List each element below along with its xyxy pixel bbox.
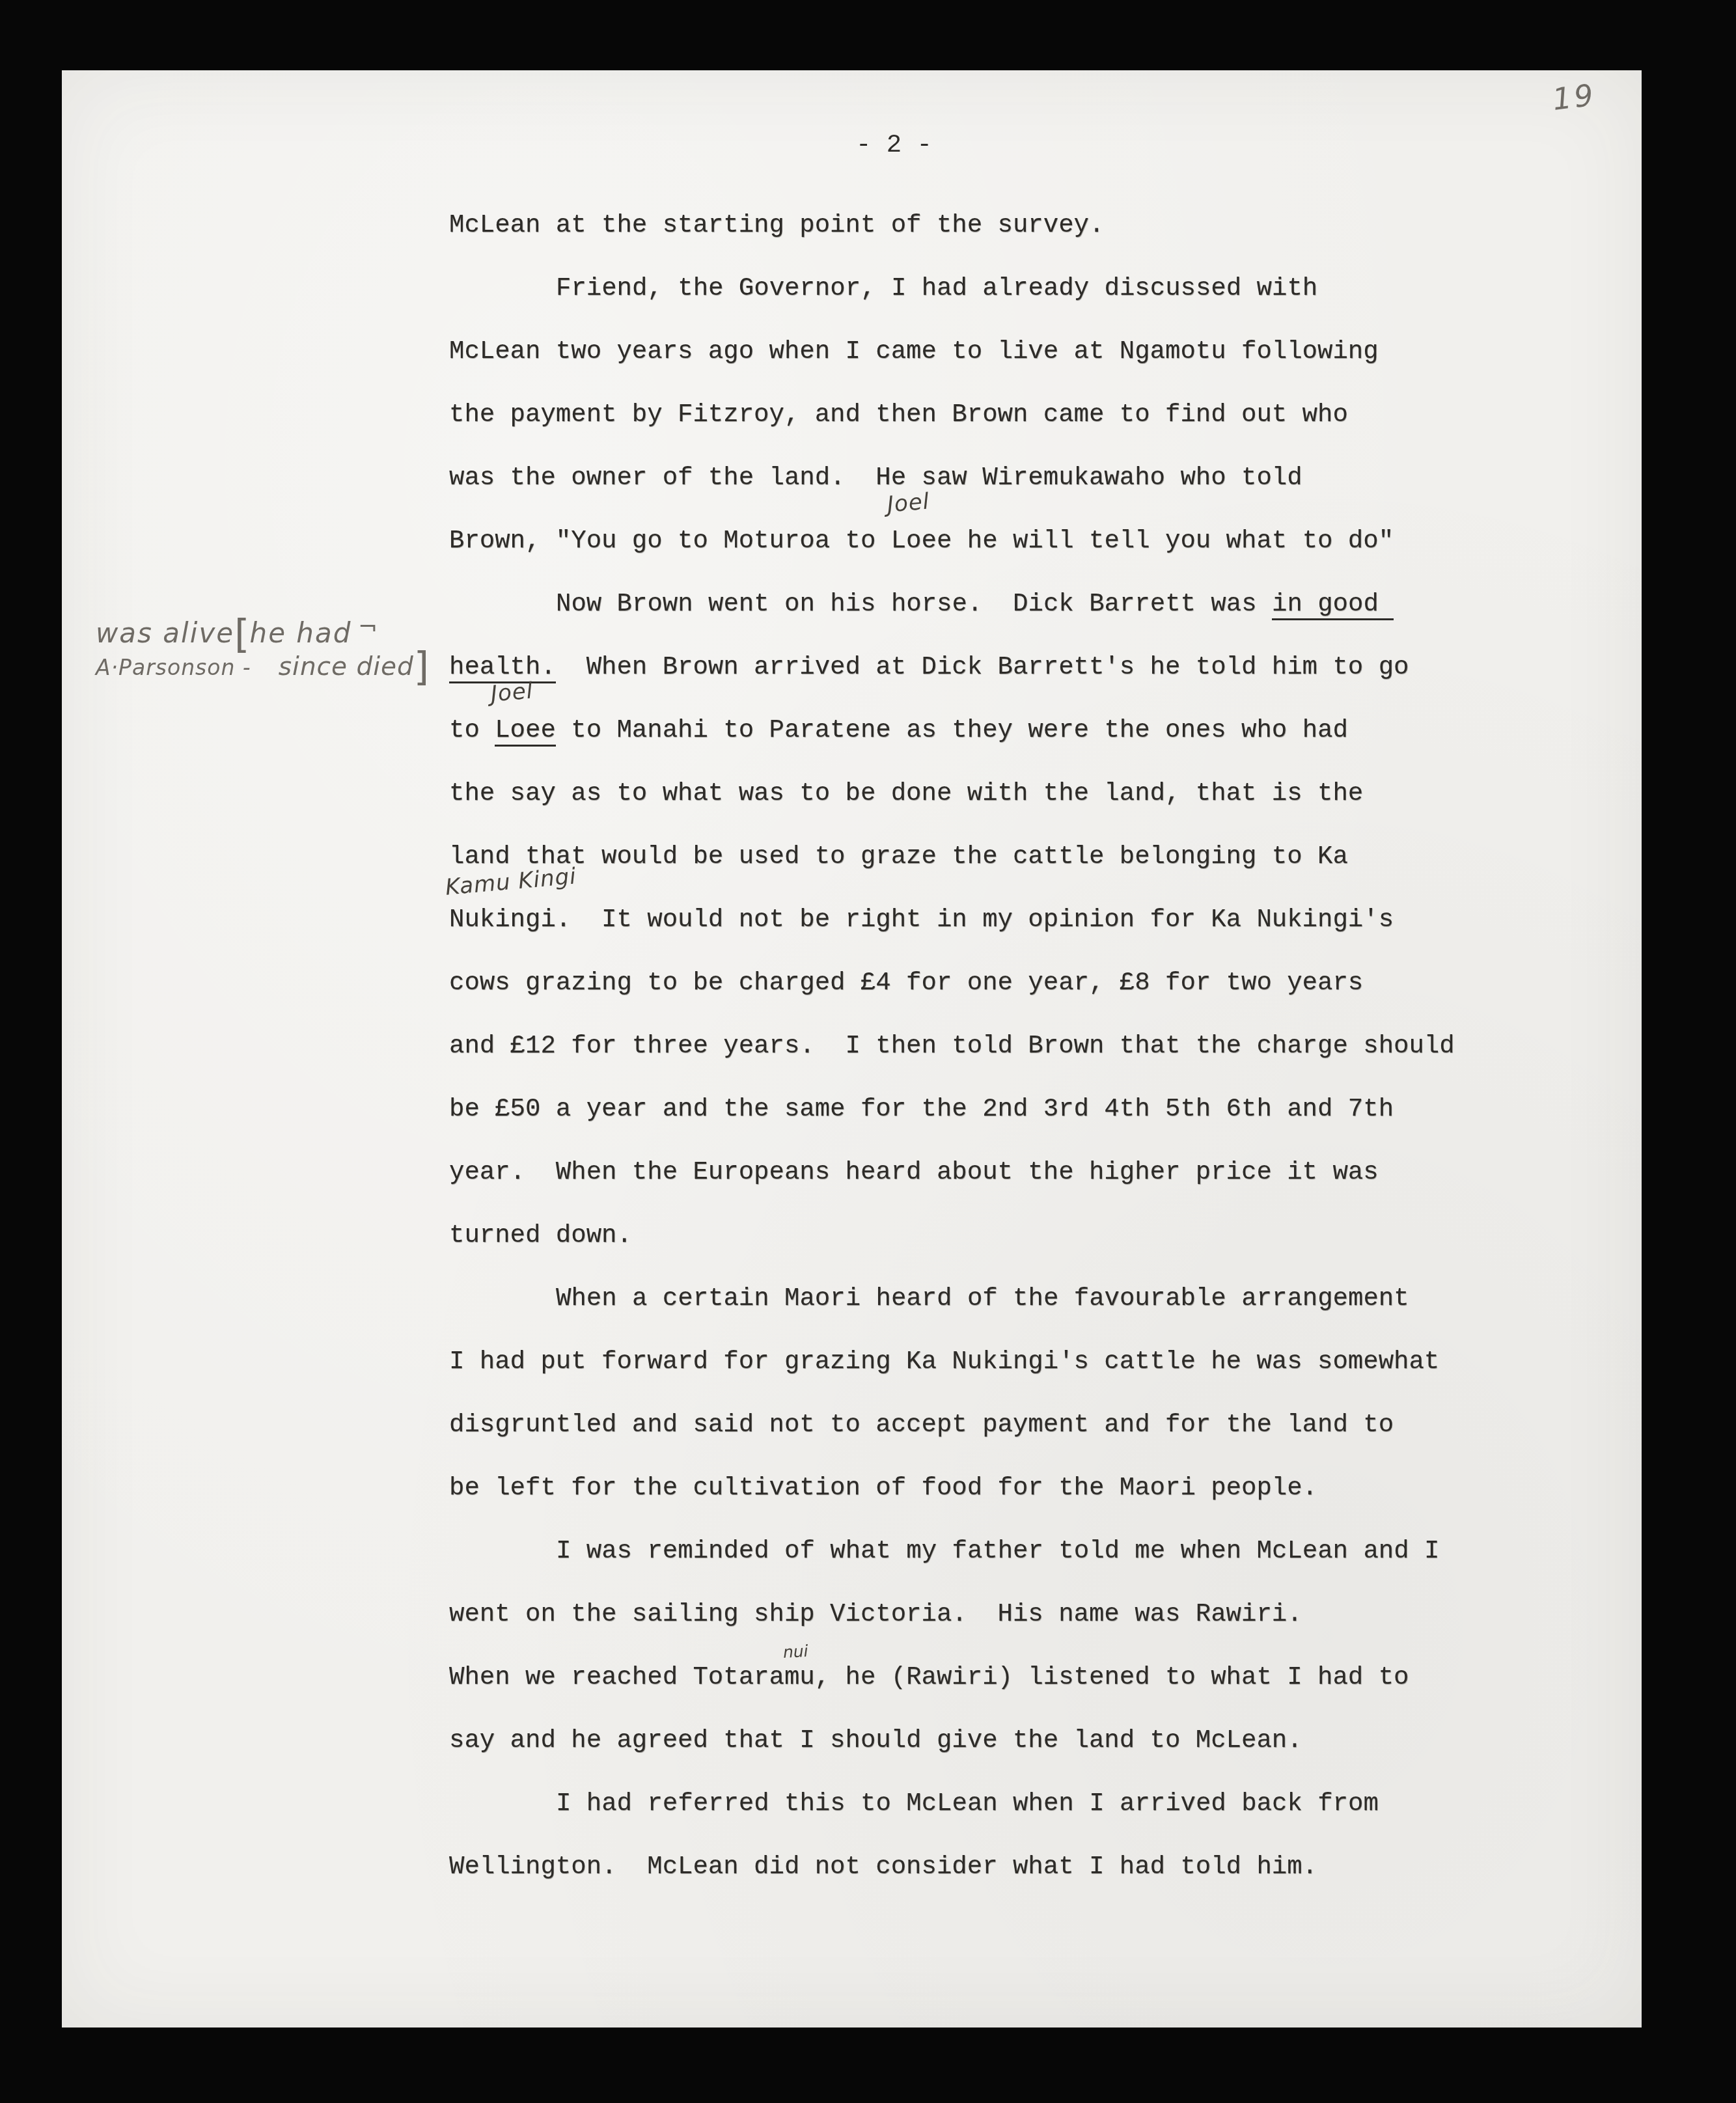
margin-note-text: since died: [279, 652, 414, 681]
typed-line: I was reminded of what my father told me…: [449, 1536, 1439, 1566]
typed-text-segment: Brown, "You go to Moturoa to: [449, 527, 891, 555]
typed-line: Nukingi.Kamu Kingi It would not be right…: [449, 905, 1394, 935]
typed-text-segment: It would not be right in my opinion for …: [571, 905, 1394, 934]
typed-text-segment: disgruntled and said not to accept payme…: [449, 1410, 1394, 1439]
typed-text-segment: I had put forward for grazing Ka Nukingi…: [449, 1347, 1439, 1376]
typed-text-segment: munui: [784, 1663, 815, 1692]
typed-line: health. When Brown arrived at Dick Barre…: [449, 652, 1409, 682]
typed-text-segment: I had referred this to McLean when I arr…: [556, 1789, 1379, 1818]
typed-text-segment: year. When the Europeans heard about the…: [449, 1158, 1379, 1187]
typed-text-segment: health.: [449, 653, 556, 683]
typed-line: I had put forward for grazing Ka Nukingi…: [449, 1347, 1439, 1377]
margin-note-text: was alive: [96, 617, 234, 649]
typed-text-segment: I was reminded of what my father told me…: [556, 1537, 1439, 1565]
handwritten-insertion: nui: [782, 1643, 808, 1661]
annotator-name: A·Parsonson -: [96, 655, 251, 680]
typed-text-segment: he will tell you what to do": [952, 527, 1394, 555]
scan-background: 19 - 2 - McLean at the starting point of…: [0, 0, 1736, 2103]
document-page: 19 - 2 - McLean at the starting point of…: [62, 70, 1642, 2027]
typed-line: and £12 for three years. I then told Bro…: [449, 1031, 1455, 1061]
typed-text-segment: , he (Rawiri) listened to what I had to: [815, 1663, 1409, 1692]
typed-line: the say as to what was to be done with t…: [449, 778, 1363, 808]
typed-text-segment: turned down.: [449, 1221, 632, 1250]
typed-text-segment: McLean two years ago when I came to live…: [449, 337, 1379, 366]
typed-line: the payment by Fitzroy, and then Brown c…: [449, 400, 1348, 430]
typed-line: When we reached Totaramunui, he (Rawiri)…: [449, 1662, 1409, 1692]
typed-line: be left for the cultivation of food for …: [449, 1473, 1317, 1503]
typed-line: McLean at the starting point of the surv…: [449, 210, 1104, 240]
typed-line: went on the sailing ship Victoria. His n…: [449, 1599, 1302, 1629]
typed-line: When a certain Maori heard of the favour…: [449, 1284, 1409, 1313]
margin-note-text: since died]: [279, 652, 429, 681]
typed-line: Brown, "You go to Moturoa to LoeeJoel he…: [449, 526, 1394, 556]
typed-line: McLean two years ago when I came to live…: [449, 337, 1379, 366]
typed-line: Friend, the Governor, I had already disc…: [449, 273, 1317, 303]
typed-text-segment: LoeeJoel: [495, 716, 556, 747]
typed-text-segment: LoeeJoel: [891, 527, 952, 555]
typed-text-segment: and £12 for three years. I then told Bro…: [449, 1032, 1455, 1060]
typed-text-segment: McLean at the starting point of the surv…: [449, 211, 1104, 240]
typed-text-segment: be £50 a year and the same for the 2nd 3…: [449, 1095, 1394, 1123]
typed-line: year. When the Europeans heard about the…: [449, 1157, 1379, 1187]
typed-line: say and he agreed that I should give the…: [449, 1725, 1302, 1755]
handwritten-insertion: Joel: [886, 489, 930, 517]
typed-text-segment: Friend, the Governor, I had already disc…: [556, 274, 1317, 303]
page-number: - 2 -: [856, 130, 932, 160]
typed-line: was the owner of the land. He saw Wiremu…: [449, 463, 1302, 493]
typed-text-segment: land that would be used to graze the cat…: [449, 842, 1348, 871]
typed-text-segment: the payment by Fitzroy, and then Brown c…: [449, 400, 1348, 429]
typed-line: to LoeeJoel to Manahi to Paratene as the…: [449, 715, 1348, 745]
margin-annotation-line2: A·Parsonson -since died]: [96, 654, 429, 681]
margin-annotation-line1: was alive[he had⌐: [96, 616, 429, 653]
typed-text-segment: When we reached Totara: [449, 1663, 784, 1692]
margin-note-text: he had: [250, 617, 352, 649]
typed-text-segment: When a certain Maori heard of the favour…: [556, 1284, 1409, 1313]
handwritten-insertion: Joel: [490, 679, 534, 706]
typed-line: Now Brown went on his horse. Dick Barret…: [449, 589, 1394, 619]
typed-text-segment: Now Brown went on his horse. Dick Barret…: [556, 590, 1272, 618]
typed-line: cows grazing to be charged £4 for one ye…: [449, 968, 1363, 998]
typed-line: disgruntled and said not to accept payme…: [449, 1410, 1394, 1440]
close-bracket-mark: ]: [414, 644, 429, 690]
bracket-corner-mark: ⌐: [357, 610, 378, 645]
typed-text-segment: went on the sailing ship Victoria. His n…: [449, 1600, 1302, 1629]
typed-line: land that would be used to graze the cat…: [449, 842, 1348, 872]
typed-text-segment: say and he agreed that I should give the…: [449, 1726, 1302, 1755]
typed-text-segment: Wellington. McLean did not consider what…: [449, 1852, 1317, 1881]
typed-line: I had referred this to McLean when I arr…: [449, 1789, 1379, 1819]
typed-text-segment: was the owner of the land. He saw Wiremu…: [449, 463, 1302, 492]
typed-text-segment: in good: [1272, 590, 1394, 620]
typed-text-segment: the say as to what was to be done with t…: [449, 779, 1363, 808]
typed-text-segment: to: [449, 716, 495, 745]
typed-line: be £50 a year and the same for the 2nd 3…: [449, 1094, 1394, 1124]
folio-number: 19: [1550, 78, 1597, 116]
typed-text-segment: be left for the cultivation of food for …: [449, 1474, 1317, 1502]
typed-line: Wellington. McLean did not consider what…: [449, 1852, 1317, 1882]
open-bracket-mark: [: [234, 612, 249, 657]
typed-text-segment: to Manahi to Paratene as they were the o…: [556, 716, 1348, 745]
typed-text-segment: cows grazing to be charged £4 for one ye…: [449, 969, 1363, 997]
margin-annotation: was alive[he had⌐ A·Parsonson -since die…: [96, 616, 429, 681]
typed-text-segment: Nukingi.Kamu Kingi: [449, 905, 571, 934]
typed-text-segment: When Brown arrived at Dick Barrett's he …: [556, 653, 1409, 681]
typed-line: turned down.: [449, 1220, 632, 1250]
